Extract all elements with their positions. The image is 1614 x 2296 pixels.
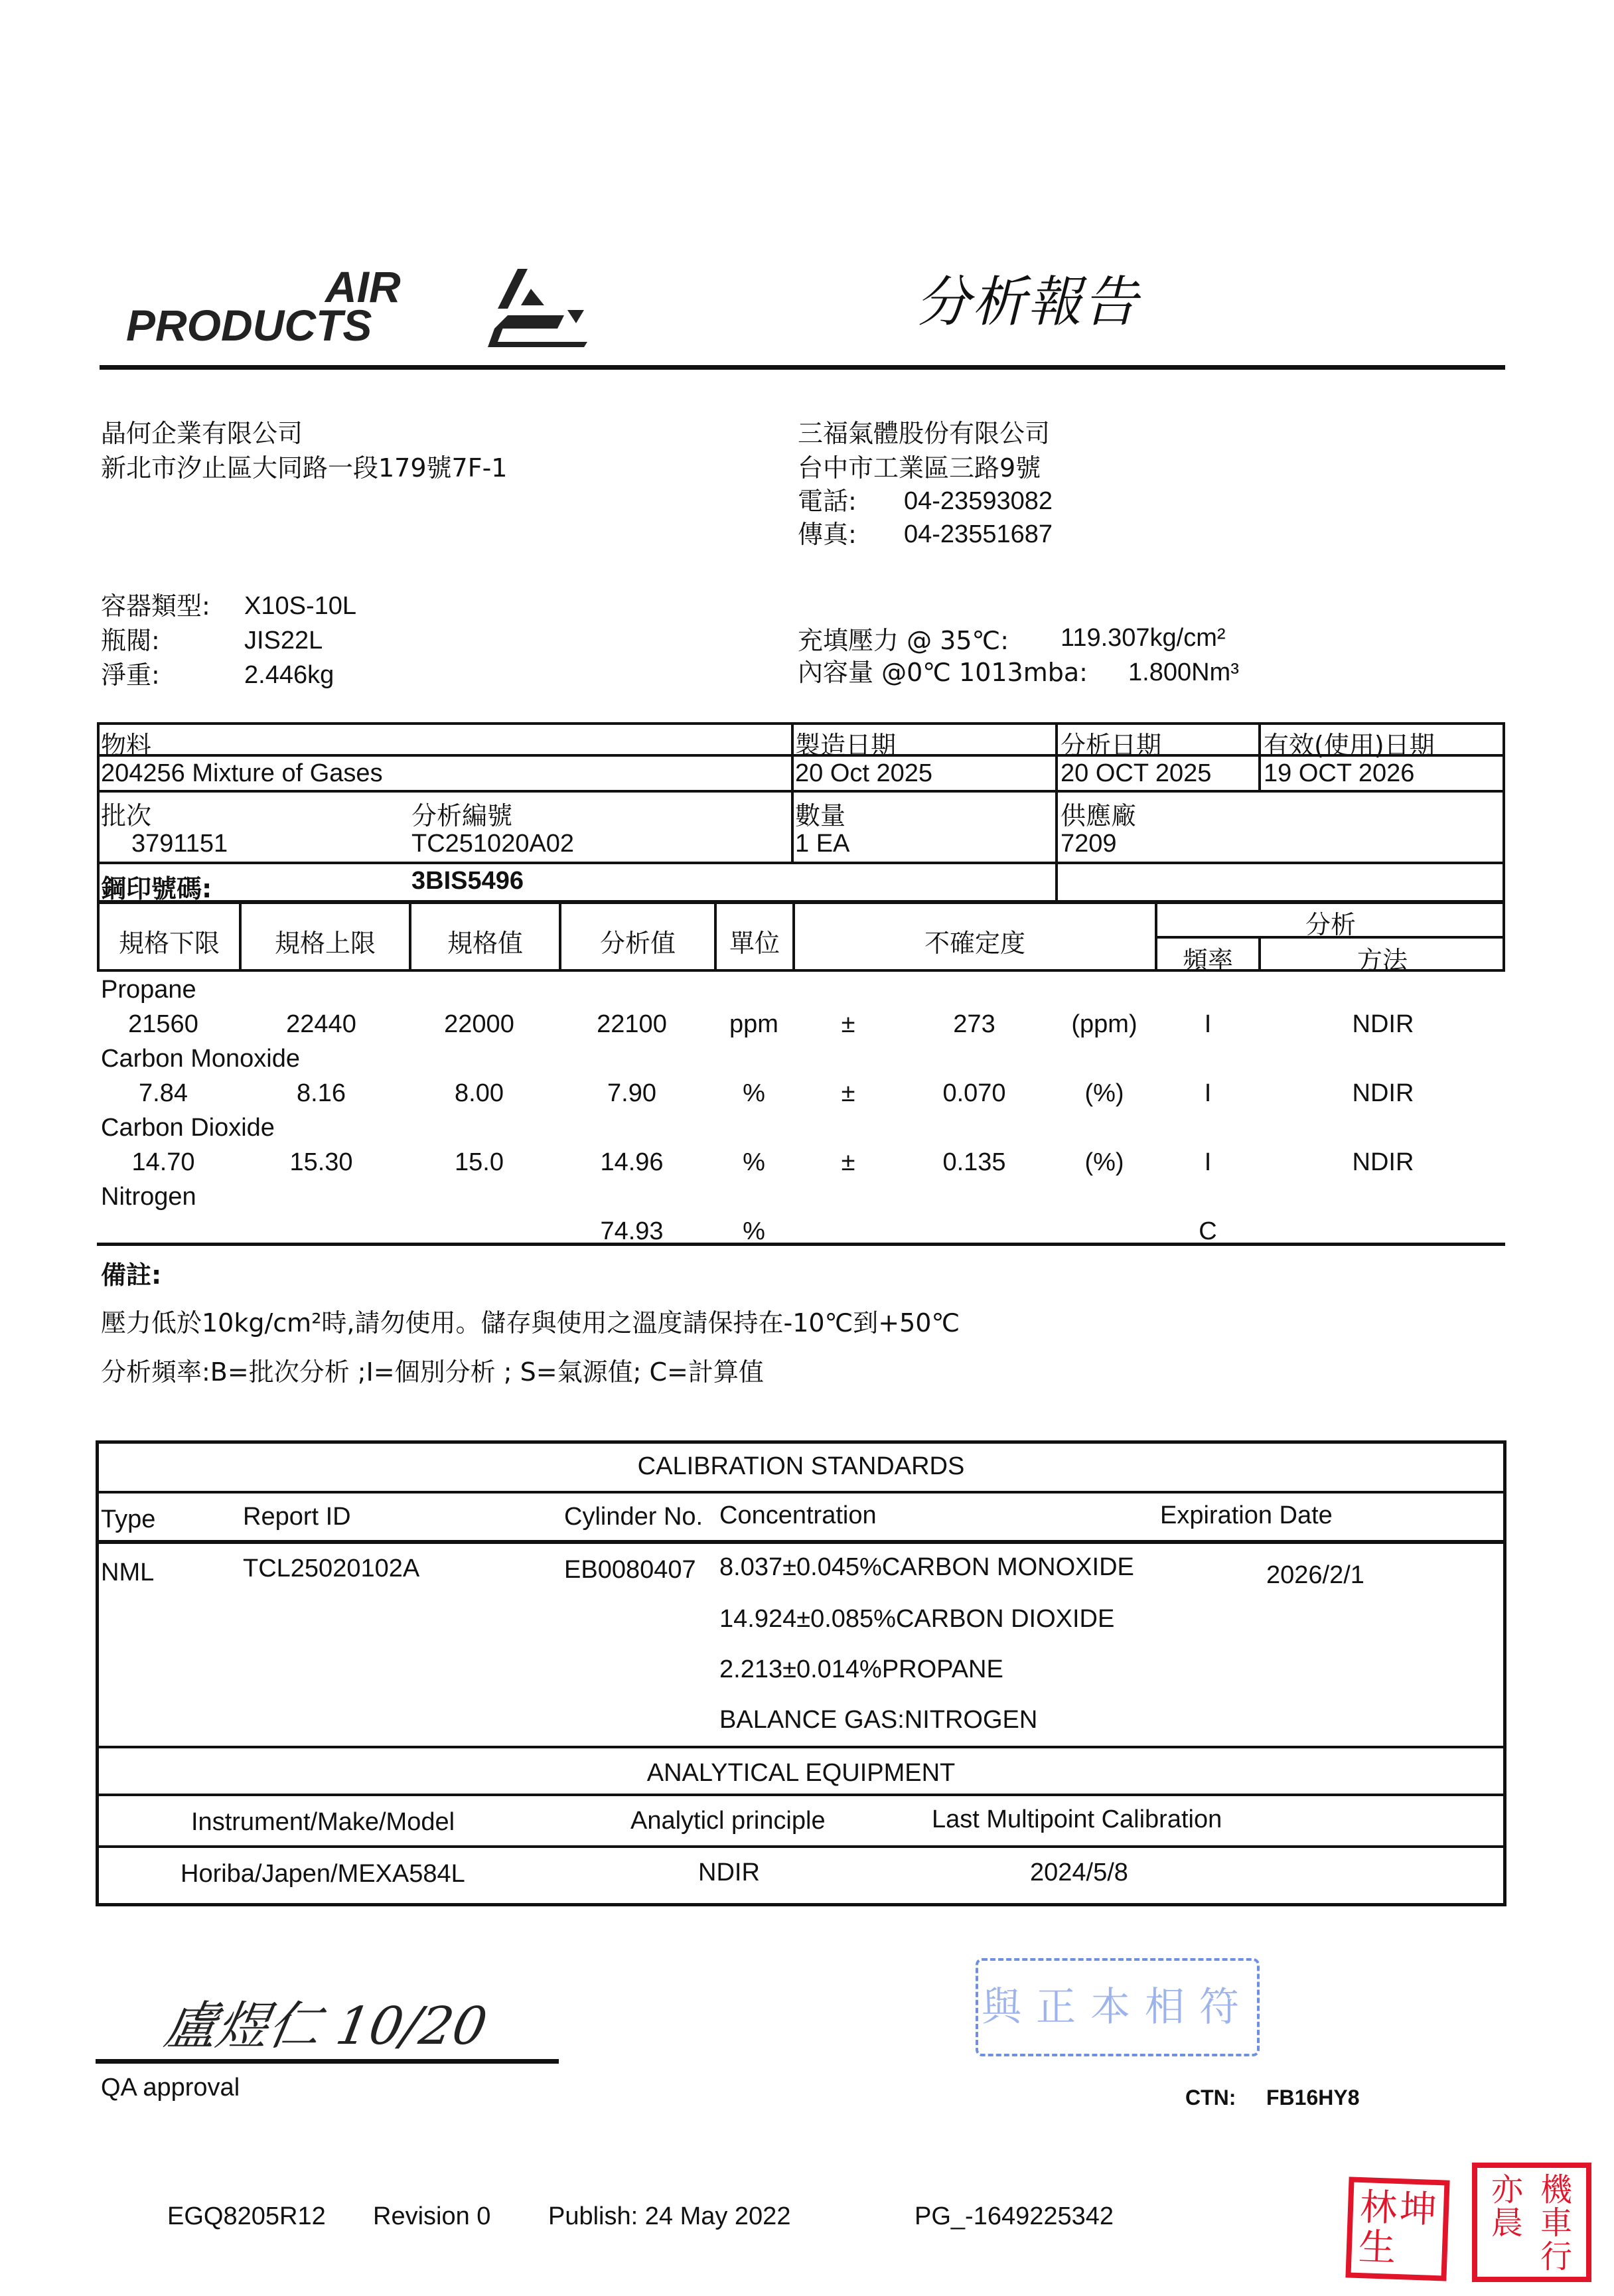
header-lower-limit: 規格下限: [97, 923, 242, 959]
fax-label: 傳真:: [798, 520, 857, 550]
ctn-label: CTN:: [1185, 2086, 1236, 2110]
publish-date: Publish: 24 May 2022: [548, 2202, 790, 2232]
cal-type: NML: [101, 1559, 154, 1587]
analysis-no: TC251020A02: [411, 830, 574, 858]
stamp-no: 3BIS5496: [411, 867, 524, 895]
cal-concentration-2: 14.924±0.085%CARBON DIOXIDE: [719, 1605, 1114, 1634]
plant-value: 7209: [1061, 830, 1117, 858]
qa-approval-label: QA approval: [101, 2074, 240, 2103]
cal-concentration-4: BALANCE GAS:NITROGEN: [719, 1706, 1037, 1734]
seal-char: 晨: [1491, 2206, 1523, 2240]
eq-header-principle: Analyticl principle: [630, 1807, 826, 1835]
seal-char: 生: [1358, 2228, 1396, 2269]
cal-header-cylinder: Cylinder No.: [564, 1503, 703, 1531]
result-method: NDIR: [1303, 1079, 1463, 1108]
expiry-label: 有效(使用)日期: [1264, 725, 1435, 761]
cal-header-concentration: Concentration: [719, 1501, 877, 1530]
lot-label: 批次: [101, 795, 151, 832]
result-upper: 22440: [242, 1010, 401, 1039]
content-label: 內容量 @0℃ 1013mba:: [798, 658, 1088, 688]
seal-char: 行: [1540, 2240, 1572, 2273]
component-name: Carbon Monoxide: [101, 1045, 300, 1073]
result-freq: I: [1128, 1010, 1287, 1039]
header-unit: 單位: [715, 923, 794, 959]
plant-label: 供應廠: [1061, 795, 1136, 832]
result-freq: C: [1128, 1217, 1287, 1246]
header-upper-limit: 規格上限: [240, 923, 410, 959]
grid-line: [96, 1491, 1506, 1493]
supplier-name: 三福氣體股份有限公司: [798, 420, 1050, 449]
quantity-value: 1 EA: [795, 830, 849, 858]
header-analysis: 分析: [1156, 904, 1505, 941]
result-lower: 21560: [84, 1010, 243, 1039]
seal-char: 亦: [1491, 2173, 1523, 2206]
signature-line: [96, 2059, 559, 2064]
eq-principle: NDIR: [698, 1859, 760, 1887]
quantity-label: 數量: [795, 795, 845, 832]
component-name: Propane: [101, 976, 196, 1004]
analysis-no-label: 分析編號: [411, 795, 512, 832]
cylinder-type-label: 容器類型:: [101, 592, 210, 621]
lot-value: 3791151: [131, 830, 228, 858]
grid-line: [1055, 722, 1058, 903]
qa-signature: 盧煜仁 10/20: [159, 1985, 493, 2059]
customer-address: 新北市汐止區大同路一段179號7F-1: [101, 454, 507, 483]
mfg-date: 20 Oct 2025: [795, 759, 932, 788]
grid-line: [791, 722, 794, 863]
seal-char: 坤: [1399, 2190, 1437, 2230]
cal-concentration-3: 2.213±0.014%PROPANE: [719, 1655, 1003, 1684]
analysis-date: 20 OCT 2025: [1061, 759, 1211, 788]
grid-line: [1258, 722, 1261, 791]
fill-pressure-label: 充填壓力 @ 35℃:: [798, 627, 1009, 656]
cylinder-type: X10S-10L: [244, 592, 356, 621]
seal-char: 車: [1540, 2206, 1572, 2240]
analysis-date-label: 分析日期: [1061, 725, 1161, 761]
equipment-title: ANALYTICAL EQUIPMENT: [96, 1759, 1506, 1788]
result-method: NDIR: [1303, 1010, 1463, 1039]
results-bottom-rule: [97, 1243, 1505, 1246]
report-title: 分析報告: [916, 259, 1139, 337]
air-products-logo: AIR PRODUCTS: [126, 262, 637, 348]
remarks-label: 備註:: [101, 1261, 161, 1290]
grid-line: [96, 1540, 1506, 1544]
component-name: Carbon Dioxide: [101, 1114, 275, 1142]
valve-label: 瓶閥:: [101, 627, 160, 656]
cal-header-type: Type: [101, 1505, 155, 1534]
grid-line: [96, 1794, 1506, 1796]
cal-expiration: 2026/2/1: [1266, 1561, 1364, 1590]
stamp-no-label: 鋼印號碼:: [101, 868, 212, 905]
cal-report-id: TCL25020102A: [243, 1555, 419, 1583]
result-method: NDIR: [1303, 1148, 1463, 1177]
header-divider: [100, 365, 1505, 370]
content-value: 1.800Nm³: [1128, 658, 1239, 688]
header-frequency: 頻率: [1156, 940, 1260, 976]
ctn-value: FB16HY8: [1266, 2086, 1360, 2110]
phone-value: 04-23593082: [904, 487, 1053, 516]
material-value: 204256 Mixture of Gases: [101, 759, 383, 788]
eq-header-instrument: Instrument/Make/Model: [191, 1808, 455, 1837]
cal-header-expiration: Expiration Date: [1160, 1501, 1333, 1530]
remarks-line-1: 壓力低於10kg/cm²時,請勿使用。儲存與使用之溫度請保持在-10℃到+50℃: [101, 1309, 960, 1338]
seal-char: 機: [1540, 2173, 1572, 2206]
svg-text:PRODUCTS: PRODUCTS: [126, 301, 372, 348]
expiry-date: 19 OCT 2026: [1264, 759, 1414, 788]
cal-header-report-id: Report ID: [243, 1503, 351, 1531]
grid-line: [96, 1746, 1506, 1748]
result-upper: 8.16: [242, 1079, 401, 1108]
mfg-date-label: 製造日期: [795, 725, 896, 761]
grid-line: [97, 790, 1505, 793]
result-spec: 22000: [400, 1010, 559, 1039]
header-uncertainty: 不確定度: [794, 923, 1156, 959]
result-lower: 7.84: [84, 1079, 243, 1108]
result-unit: %: [674, 1217, 834, 1246]
header-method: 方法: [1260, 940, 1505, 976]
customer-name: 晶何企業有限公司: [101, 420, 303, 449]
result-upper: 15.30: [242, 1148, 401, 1177]
component-name: Nitrogen: [101, 1183, 196, 1211]
net-weight-label: 淨重:: [101, 661, 160, 690]
cal-concentration-1: 8.037±0.045%CARBON MONOXIDE: [719, 1553, 1134, 1582]
supplier-address: 台中市工業區三路9號: [798, 454, 1041, 483]
eq-instrument: Horiba/Japen/MEXA584L: [181, 1860, 465, 1888]
material-label: 物料: [101, 725, 151, 761]
result-lower: 14.70: [84, 1148, 243, 1177]
result-spec: 8.00: [400, 1079, 559, 1108]
red-seal-company: 亦 晨 機 車 行: [1472, 2163, 1591, 2282]
result-spec: 15.0: [400, 1148, 559, 1177]
phone-label: 電話:: [798, 487, 857, 516]
red-seal-personal: 林 生 坤: [1345, 2177, 1449, 2281]
seal-char: 林: [1359, 2188, 1398, 2229]
remarks-line-2: 分析頻率:B=批次分析 ;I=個別分析 ; S=氣源值; C=計算值: [101, 1358, 764, 1387]
grid-line: [96, 1845, 1506, 1848]
revision: Revision 0: [373, 2202, 490, 2232]
certified-copy-stamp: 與正本相符: [976, 1958, 1260, 2056]
result-freq: I: [1128, 1148, 1287, 1177]
pg-number: PG_-1649225342: [915, 2202, 1114, 2232]
header-analysis-value: 分析值: [560, 923, 715, 959]
grid-line: [97, 862, 1505, 864]
cal-cylinder: EB0080407: [564, 1556, 696, 1584]
eq-header-calibration: Last Multipoint Calibration: [932, 1805, 1222, 1834]
doc-code: EGQ8205R12: [167, 2202, 326, 2232]
header-spec-value: 規格值: [410, 923, 560, 959]
net-weight: 2.446kg: [244, 661, 334, 690]
fill-pressure: 119.307kg/cm²: [1061, 624, 1226, 653]
calibration-title: CALIBRATION STANDARDS: [96, 1452, 1506, 1481]
eq-calibration-date: 2024/5/8: [1030, 1859, 1128, 1887]
valve-value: JIS22L: [244, 627, 323, 656]
fax-value: 04-23551687: [904, 520, 1053, 550]
result-freq: I: [1128, 1079, 1287, 1108]
